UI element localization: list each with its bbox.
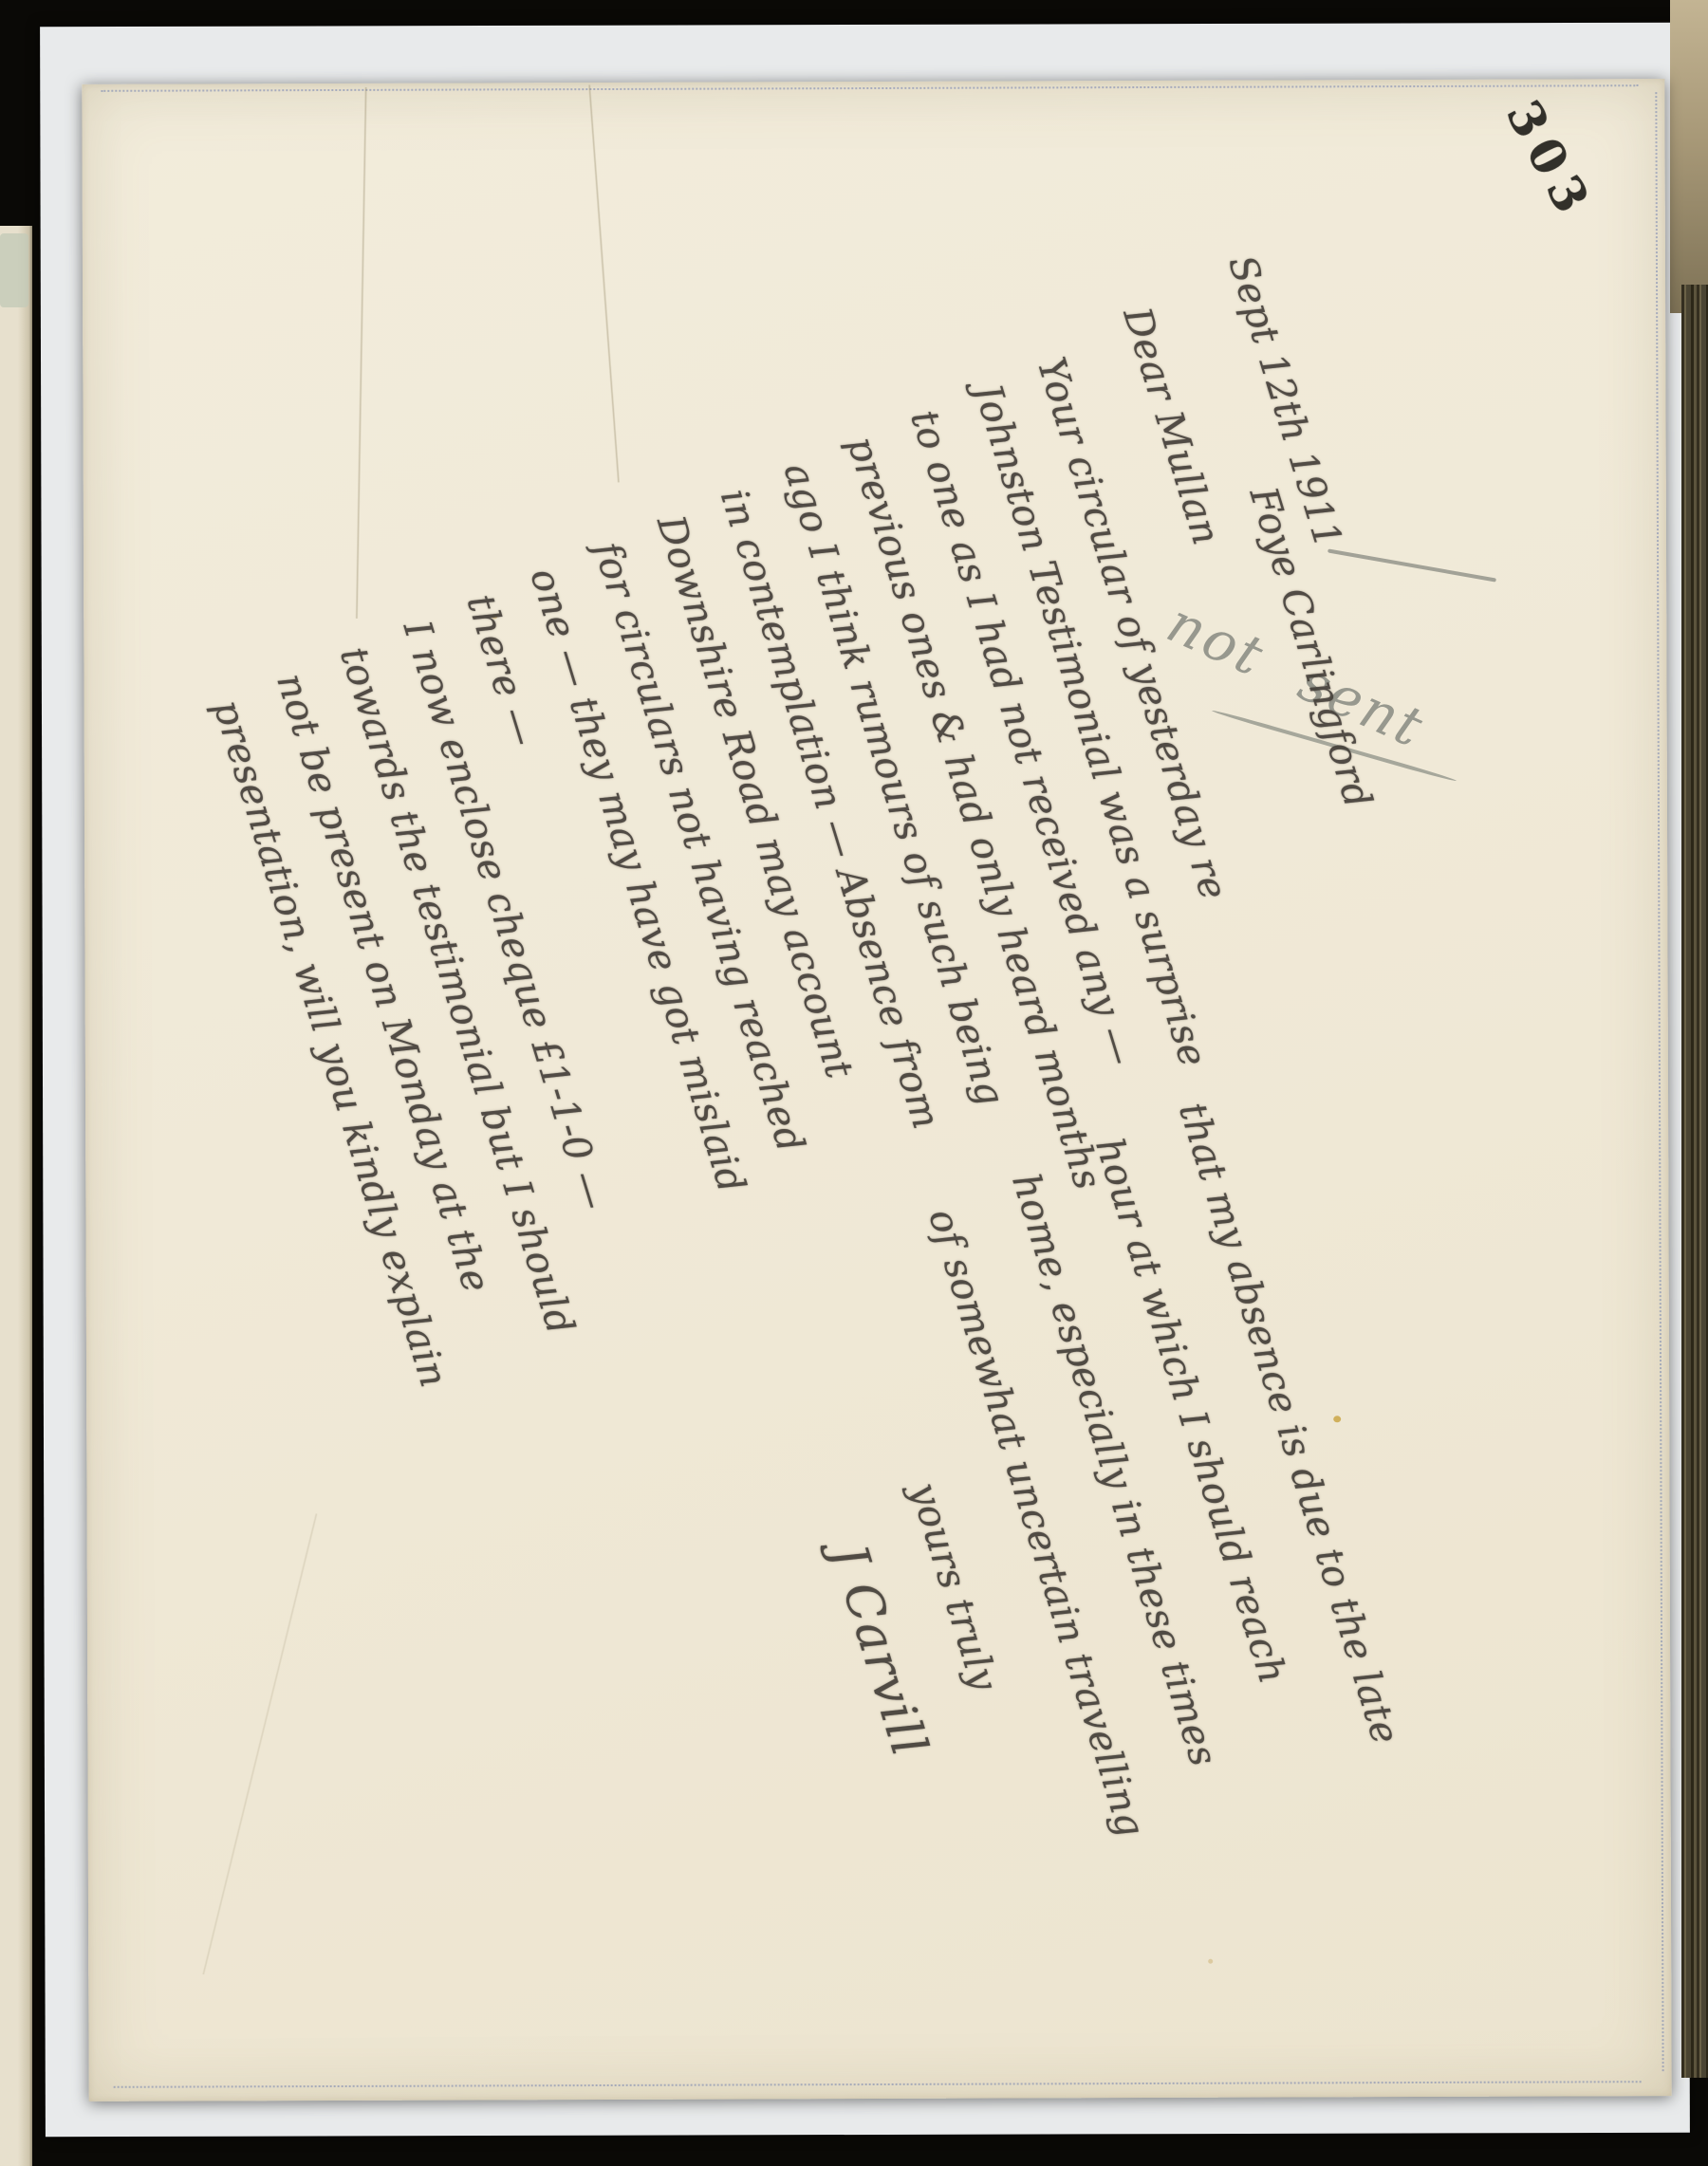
book-fore-edge — [1681, 285, 1708, 2078]
left-page-edge-strip — [0, 226, 32, 2166]
blue-rule-top — [101, 84, 1638, 92]
scanned-letterbook-photo: 303 not sent Sept 12th 1911 Foye Carling… — [0, 0, 1708, 2166]
blue-rule-right — [1655, 92, 1663, 2071]
blue-rule-bottom — [114, 2081, 1642, 2088]
book-fore-edge-top — [1670, 0, 1708, 313]
paper-crease — [202, 1513, 318, 1974]
foxing-spot — [1208, 1959, 1213, 1964]
book-cloth-sliver — [0, 233, 28, 307]
